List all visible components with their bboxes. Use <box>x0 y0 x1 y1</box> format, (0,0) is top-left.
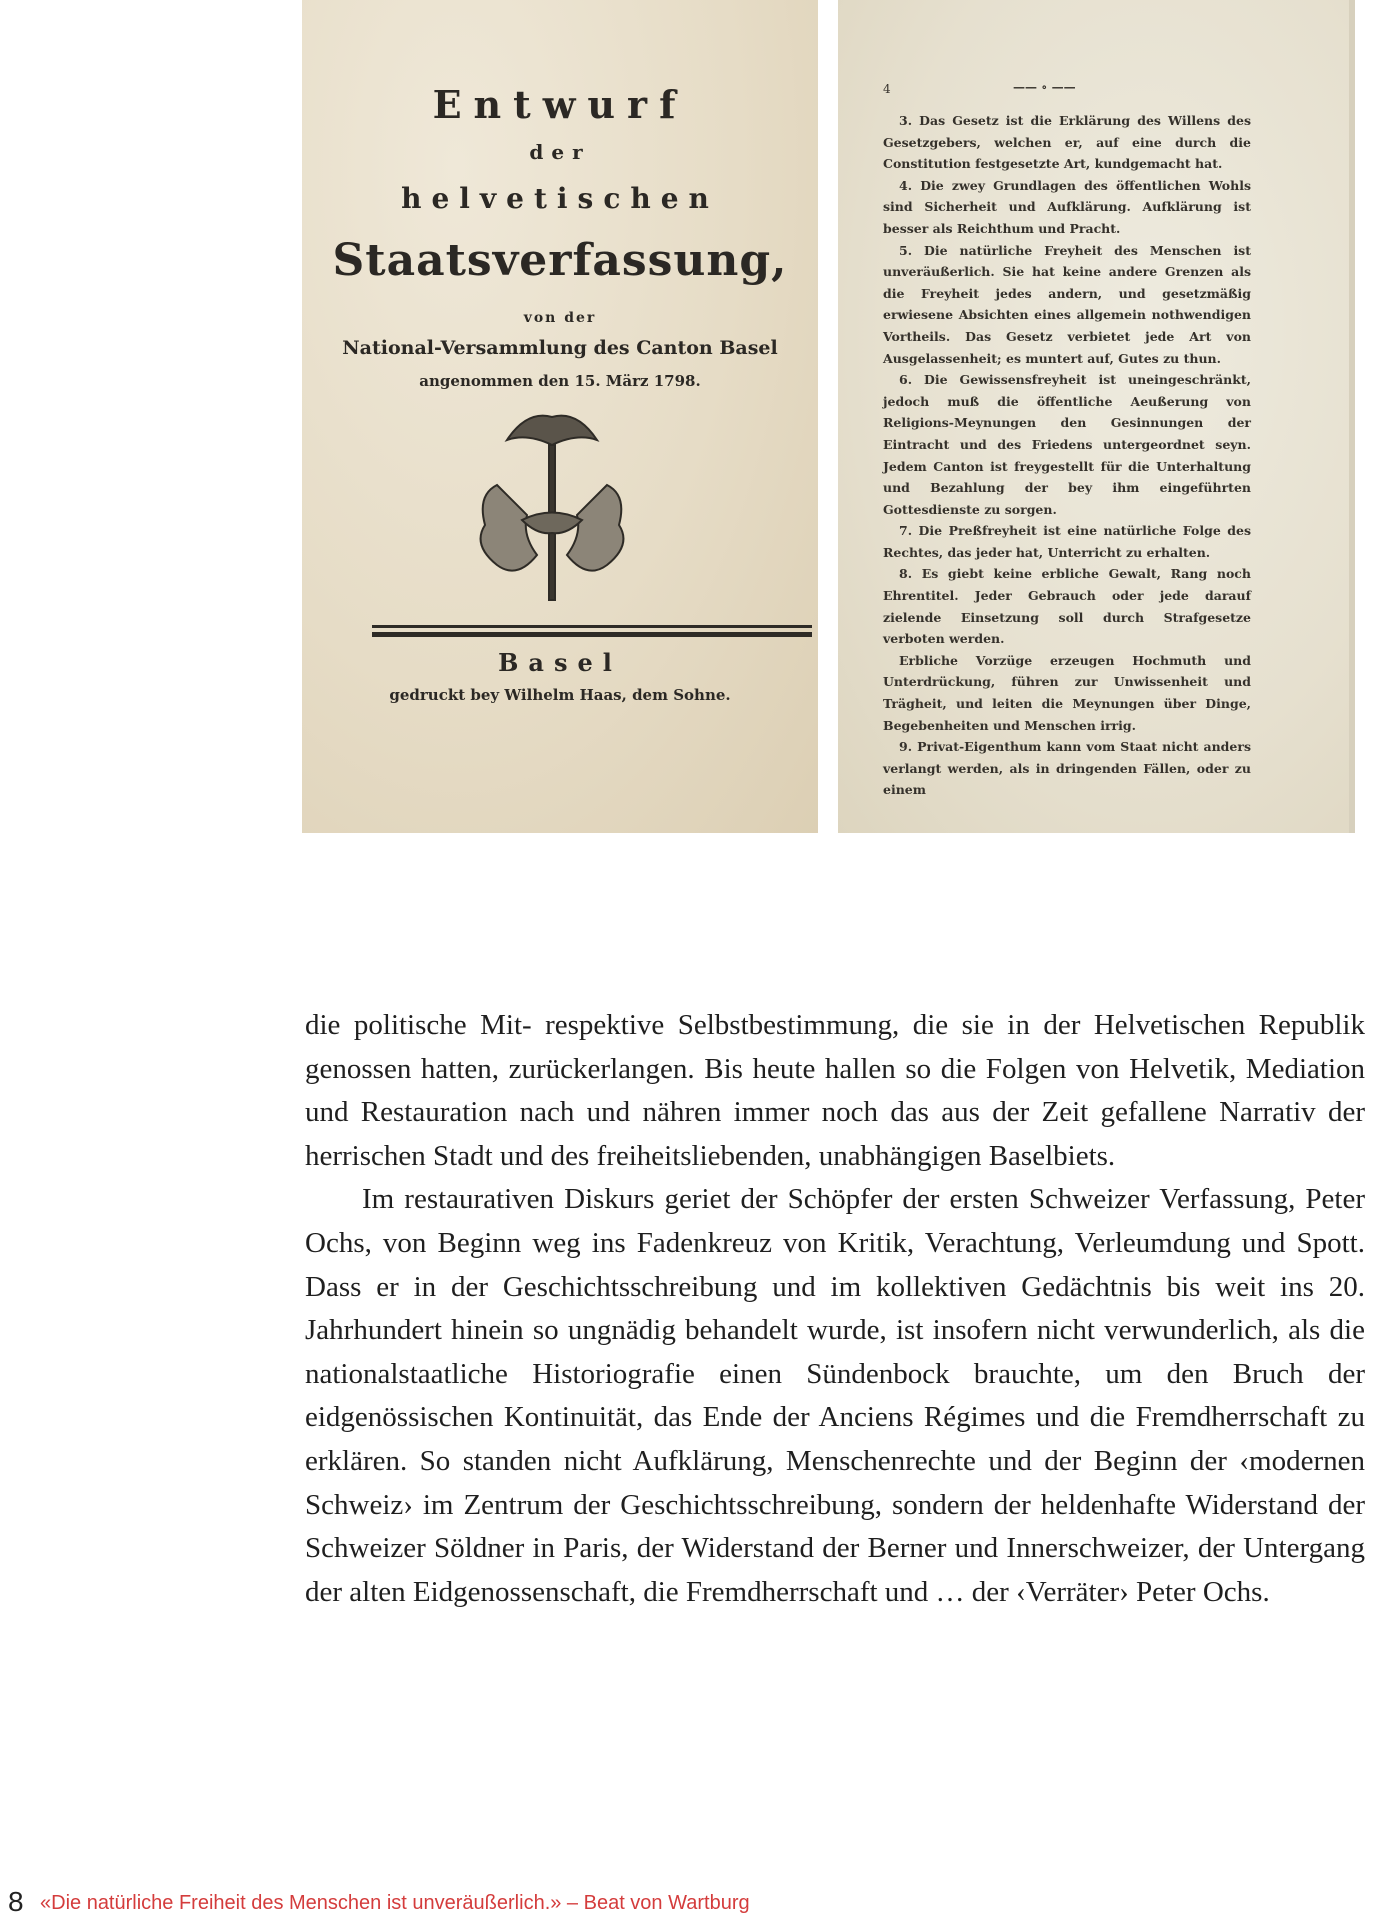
article-7: 7. Die Preßfreyheit ist eine natürliche … <box>883 520 1251 563</box>
article-9: 9. Privat-Eigenthum kann vom Staat nicht… <box>883 736 1251 801</box>
clasped-hands-vignette-icon <box>467 405 637 605</box>
body-paragraph: Im restaurativen Diskurs geriet der Schö… <box>305 1178 1365 1614</box>
article-5: 5. Die natürliche Freyheit des Menschen … <box>883 240 1251 370</box>
title-line-date: angenommen den 15. März 1798. <box>302 372 818 390</box>
title-page-facsimile: Entwurf der helvetischen Staatsverfassun… <box>302 0 818 833</box>
old-page-number: 4 <box>883 82 891 96</box>
article-8: 8. Es giebt keine erbliche Gewalt, Rang … <box>883 563 1251 649</box>
text-page-facsimile: 4 —— ∘ —— 3. Das Gesetz ist die Erklärun… <box>838 0 1355 833</box>
page-number: 8 <box>8 1886 24 1918</box>
body-text: die politische Mit- respektive Selbstbes… <box>305 1004 1365 1614</box>
title-line-von-der: von der <box>302 310 818 326</box>
title-line-national-versammlung: National-Versammlung des Canton Basel <box>302 337 818 359</box>
title-line-helvetischen: helvetischen <box>302 182 818 215</box>
article-4: 4. Die zwey Grundlagen des öffentlichen … <box>883 175 1251 240</box>
ornament-divider: —— ∘ —— <box>1013 80 1076 94</box>
body-paragraph: die politische Mit- respektive Selbstbes… <box>305 1004 1365 1178</box>
title-rule-thick <box>372 632 812 637</box>
title-line-entwurf: Entwurf <box>302 82 818 127</box>
running-head: «Die natürliche Freiheit des Menschen is… <box>40 1892 750 1915</box>
title-line-der: der <box>302 140 818 164</box>
title-place: Basel <box>302 648 818 677</box>
article-3: 3. Das Gesetz ist die Erklärung des Will… <box>883 110 1251 175</box>
old-text-block: 3. Das Gesetz ist die Erklärung des Will… <box>883 110 1251 801</box>
title-printer: gedruckt bey Wilhelm Haas, dem Sohne. <box>302 686 818 704</box>
title-line-staatsverfassung: Staatsverfassung, <box>302 235 818 286</box>
article-6: 6. Die Gewissensfreyheit ist uneingeschr… <box>883 369 1251 520</box>
title-rule-thin <box>372 625 812 628</box>
article-8-continued: Erbliche Vorzüge erzeugen Hochmuth und U… <box>883 650 1251 736</box>
